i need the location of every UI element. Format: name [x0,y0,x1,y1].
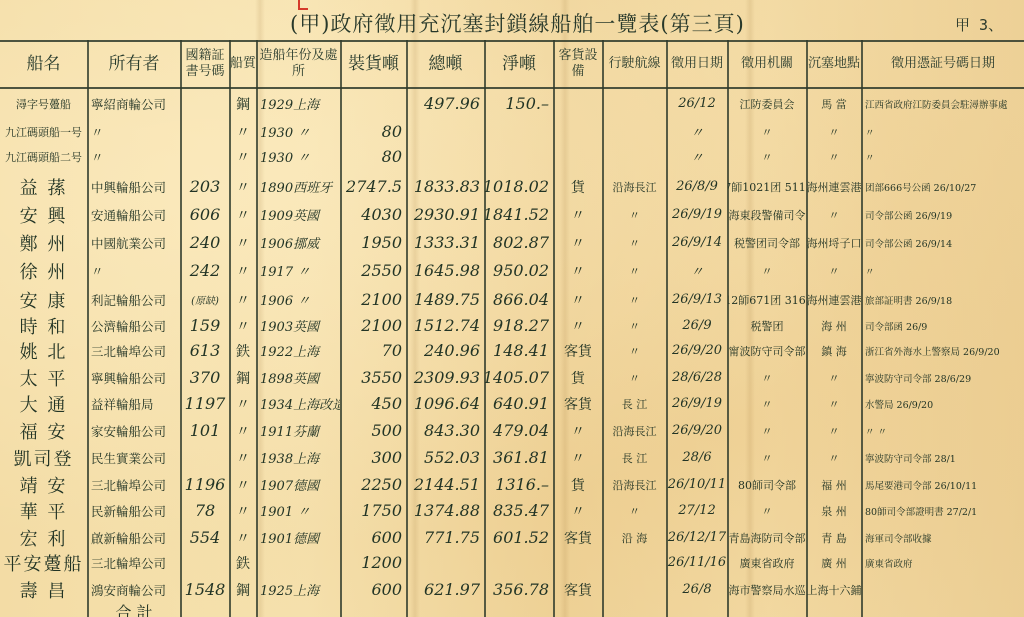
header-req-date: 徵用日期 [667,42,727,86]
cell-facility: 〃 [554,288,602,311]
total-label: 合 計 [88,600,180,617]
cell-hull: 〃 [230,120,256,143]
cell-owner: 〃 [88,145,180,168]
cell-sink-site: 廣 州 [807,551,861,574]
cell-hull: 〃 [230,499,256,522]
cell-req-date: 〃 [667,259,727,282]
cell-owner: 益祥輪船局 [88,392,180,415]
table-row: 安 康利記輪船公司(原缺)〃1906 〃21001489.75866.04〃〃2… [0,288,1024,311]
cell-hull: 鋼 [230,92,256,115]
cell-gross-tons: 240.96 [407,339,484,362]
cell-req-date: 26/9/20 [667,419,727,442]
cell-registry-no: 78 [181,499,229,522]
cell-voucher: 馬尾要港司令部 26/10/11 [862,473,1024,496]
cell-registry-no: 370 [181,366,229,389]
cell-cargo-tons: 600 [341,526,406,549]
cell-hull: 〃 [230,259,256,282]
cell-ship-name: 姚 北 [0,339,87,362]
cell-gross-tons: 1512.74 [407,314,484,337]
cell-req-agency: 隴海東段警備司令部 [728,203,806,226]
cell-ship-name: 潯字号躉船 [0,92,87,115]
cell-owner: 家安輪船公司 [88,419,180,442]
cell-cargo-tons: 300 [341,446,406,469]
cell-facility: 客貨 [554,339,602,362]
cell-registry-no: 606 [181,203,229,226]
cell-gross-tons [407,551,484,574]
cell-hull: 鋼 [230,366,256,389]
cell-req-agency: 上海市警察局水巡隊 [728,578,806,601]
cell-net-tons: 802.87 [485,231,553,254]
cell-registry-no [181,551,229,574]
cell-cargo-tons: 1750 [341,499,406,522]
cell-net-tons: 1316.– [485,473,553,496]
cell-owner: 鴻安商輪公司 [88,578,180,601]
cell-registry-no [181,120,229,143]
cell-owner: 三北輪埠公司 [88,551,180,574]
cell-route [603,578,666,601]
cell-sink-site: 海州埒子口 [807,231,861,254]
cell-sink-site: 青 島 [807,526,861,549]
cell-net-tons [485,145,553,168]
cell-sink-site: 鎮 海 [807,339,861,362]
cell-gross-tons: 1374.88 [407,499,484,522]
table-row: 徐 州〃242〃1917 〃25501645.98950.02〃〃〃〃〃〃 [0,259,1024,282]
page-mark: 甲 3、 [955,14,1003,35]
cell-gross-tons: 1096.64 [407,392,484,415]
cell-net-tons: 150.– [485,92,553,115]
cell-built: 1907德國 [257,473,340,496]
cell-cargo-tons: 2550 [341,259,406,282]
cell-built: 1934上海改造 [257,392,340,415]
cell-gross-tons [407,145,484,168]
cell-gross-tons: 1333.31 [407,231,484,254]
cell-registry-no [181,92,229,115]
table-row: 時 和公濟輪船公司159〃1903英國21001512.74918.27〃〃26… [0,314,1024,337]
cell-owner: 寧紹商輪公司 [88,92,180,115]
cell-facility: 客貨 [554,392,602,415]
cell-facility [554,92,602,115]
cell-sink-site: 〃 [807,259,861,282]
cell-req-date: 26/9/19 [667,203,727,226]
cell-hull: 鉄 [230,551,256,574]
cell-req-agency: 青島海防司令部 [728,526,806,549]
cell-built: 1917 〃 [257,259,340,282]
cell-built: 1906 〃 [257,288,340,311]
table-row: 華 平民新輪船公司78〃1901 〃17501374.88835.47〃〃27/… [0,499,1024,522]
cell-ship-name: 大 通 [0,392,87,415]
cell-req-date: 26/9 [667,314,727,337]
cell-facility: 客貨 [554,578,602,601]
cell-sink-site: 〃 [807,203,861,226]
header-facility: 客貨設備 [554,42,602,86]
cell-req-agency: 〃 [728,145,806,168]
cell-owner: 三北輪埠公司 [88,473,180,496]
header-cargo-tons: 裝貨噸 [341,42,406,86]
cell-voucher: 司令部公函 26/9/14 [862,231,1024,254]
table-row: 凱司登民生實業公司〃1938上海300552.03361.81〃長 江28/6〃… [0,446,1024,469]
cell-req-agency: 〃 [728,419,806,442]
cell-voucher [862,578,1024,601]
header-built: 造船年份及處所 [257,42,340,86]
header-bottom-rule [0,87,1024,89]
cell-ship-name: 福 安 [0,419,87,442]
document-title: (甲)政府徵用充沉塞封鎖線船舶一覽表(第三頁) [290,8,745,38]
cell-hull: 〃 [230,446,256,469]
cell-ship-name: 時 和 [0,314,87,337]
cell-req-agency: 〃 [728,366,806,389]
cell-built: 1929上海 [257,92,340,115]
table-row: 九江碼頭船一号〃〃1930 〃80〃〃〃〃 [0,120,1024,143]
cell-net-tons: 866.04 [485,288,553,311]
cell-owner: 公濟輪船公司 [88,314,180,337]
cell-req-date: 26/11/16 [667,551,727,574]
cell-owner: 啟新輪船公司 [88,526,180,549]
cell-route: 沿 海 [603,526,666,549]
header-owner: 所有者 [88,42,180,86]
cell-net-tons: 148.41 [485,339,553,362]
cell-facility: 貨 [554,366,602,389]
cell-hull: 鉄 [230,339,256,362]
cell-route: 〃 [603,203,666,226]
cell-registry-no: 1548 [181,578,229,601]
cell-built: 1930 〃 [257,120,340,143]
cell-cargo-tons: 2100 [341,314,406,337]
cell-req-date: 26/10/11 [667,473,727,496]
cell-voucher: 旅部証明書 26/9/18 [862,288,1024,311]
cell-ship-name: 凱司登 [0,446,87,469]
cell-hull: 〃 [230,526,256,549]
cell-sink-site: 福 州 [807,473,861,496]
cell-built: 1898英國 [257,366,340,389]
cell-voucher: 团部666号公函 26/10/27 [862,175,1024,198]
cell-req-agency: 〃 [728,259,806,282]
table-row: 平安躉船三北輪埠公司鉄120026/11/16廣東省政府廣 州廣東省政府 [0,551,1024,574]
cell-facility: 〃 [554,231,602,254]
cell-facility: 〃 [554,203,602,226]
cell-net-tons: 479.04 [485,419,553,442]
cell-req-date: 26/9/13 [667,288,727,311]
cell-registry-no: 242 [181,259,229,282]
table-row: 壽 昌鴻安商輪公司1548鋼1925上海600621.97356.78客貨26/… [0,578,1024,601]
cell-route: 〃 [603,314,666,337]
cell-hull: 〃 [230,288,256,311]
cell-req-date: 26/12 [667,92,727,115]
cell-owner: 〃 [88,120,180,143]
cell-req-date: 26/9/14 [667,231,727,254]
cell-cargo-tons [341,92,406,115]
cell-sink-site: 〃 [807,392,861,415]
cell-gross-tons: 2309.93 [407,366,484,389]
cell-sink-site: 馬 當 [807,92,861,115]
cell-registry-no: 159 [181,314,229,337]
cell-route: 〃 [603,231,666,254]
cell-cargo-tons: 2250 [341,473,406,496]
cell-owner: 中興輪船公司 [88,175,180,198]
cell-voucher: 〃 [862,120,1024,143]
cell-route: 〃 [603,499,666,522]
cell-route: 沿海長江 [603,473,666,496]
cell-ship-name: 安 興 [0,203,87,226]
header-req-agency: 徵用机關 [728,42,806,86]
cell-gross-tons: 843.30 [407,419,484,442]
cell-ship-name: 太 平 [0,366,87,389]
cell-owner: 寧興輪船公司 [88,366,180,389]
cell-net-tons: 601.52 [485,526,553,549]
cell-hull: 〃 [230,473,256,496]
header-net-tons: 淨噸 [485,42,553,86]
cell-gross-tons: 2144.51 [407,473,484,496]
cell-req-agency: 80師司令部 [728,473,806,496]
cell-gross-tons: 2930.91 [407,203,484,226]
cell-built: 1911芬蘭 [257,419,340,442]
cell-cargo-tons: 80 [341,145,406,168]
cell-ship-name: 安 康 [0,288,87,311]
cell-hull: 〃 [230,392,256,415]
total-row: 合 計 [0,600,1024,617]
cell-voucher: 80師司令部證明書 27/2/1 [862,499,1024,522]
cell-owner: 三北輪埠公司 [88,339,180,362]
header-gross-tons: 總噸 [407,42,484,86]
cell-hull: 〃 [230,145,256,168]
cell-built: 1925上海 [257,578,340,601]
cell-built [257,551,340,574]
cell-gross-tons [407,120,484,143]
cell-route [603,120,666,143]
table-row: 姚 北三北輪埠公司613鉄1922上海70240.96148.41客貨〃26/9… [0,339,1024,362]
cell-built: 1903英國 [257,314,340,337]
cell-built: 1909英國 [257,203,340,226]
cell-built: 1901 〃 [257,499,340,522]
header-voucher: 徵用憑証号碼日期 [862,42,1024,86]
cell-cargo-tons: 1200 [341,551,406,574]
table-row: 鄭 州中國航業公司240〃1906挪威19501333.31802.87〃〃26… [0,231,1024,254]
cell-req-date: 〃 [667,145,727,168]
header-route: 行駛航線 [603,42,666,86]
cell-hull: 〃 [230,203,256,226]
cell-voucher: 海軍司令部收據 [862,526,1024,549]
table-row: 福 安家安輪船公司101〃1911芬蘭500843.30479.04〃沿海長江2… [0,419,1024,442]
cell-owner: 利記輪船公司 [88,288,180,311]
cell-registry-no [181,446,229,469]
cell-ship-name: 壽 昌 [0,578,87,601]
cell-ship-name: 徐 州 [0,259,87,282]
cell-voucher: 江西省政府江防委員会駐潯辦事處 [862,92,1024,115]
cell-route [603,92,666,115]
cell-gross-tons: 1833.83 [407,175,484,198]
cell-facility: 貨 [554,175,602,198]
cell-registry-no [181,145,229,168]
cell-facility [554,145,602,168]
cell-sink-site: 〃 [807,145,861,168]
cell-route: 沿海長江 [603,175,666,198]
cell-net-tons [485,551,553,574]
cell-voucher: 〃 [862,259,1024,282]
cell-voucher: 司令部函 26/9 [862,314,1024,337]
cell-cargo-tons: 4030 [341,203,406,226]
cell-req-agency: 〃 [728,446,806,469]
cell-registry-no: 1197 [181,392,229,415]
cell-net-tons: 361.81 [485,446,553,469]
table-row: 潯字号躉船寧紹商輪公司鋼1929上海497.96150.–26/12江防委員会馬… [0,92,1024,115]
cell-sink-site: 〃 [807,120,861,143]
cell-req-date: 28/6/28 [667,366,727,389]
cell-cargo-tons: 450 [341,392,406,415]
cell-cargo-tons: 80 [341,120,406,143]
cell-req-date: 26/12/17 [667,526,727,549]
cell-sink-site: 海州連雲港 [807,288,861,311]
cell-registry-no: 554 [181,526,229,549]
cell-net-tons: 356.78 [485,578,553,601]
cell-registry-no: (原缺) [181,288,229,311]
cell-voucher: 〃 [862,145,1024,168]
cell-built: 1922上海 [257,339,340,362]
cell-cargo-tons: 1950 [341,231,406,254]
cell-gross-tons: 1645.98 [407,259,484,282]
table-row: 九江碼頭船二号〃〃1930 〃80〃〃〃〃 [0,145,1024,168]
cell-ship-name: 益 蓀 [0,175,87,198]
cell-cargo-tons: 600 [341,578,406,601]
cell-route: 長 江 [603,446,666,469]
cell-hull: 鋼 [230,578,256,601]
cell-req-agency: 〃 [728,120,806,143]
cell-built: 1938上海 [257,446,340,469]
cell-voucher: 寧波防守司令部 28/6/29 [862,366,1024,389]
cell-sink-site: 海 州 [807,314,861,337]
cell-built: 1890西班牙 [257,175,340,198]
header-ship-name: 船名 [0,42,87,86]
cell-voucher: 廣東省政府 [862,551,1024,574]
table-row: 大 通益祥輪船局1197〃1934上海改造4501096.64640.91客貨長… [0,392,1024,415]
cell-req-agency: 112師671团 316旅 [728,288,806,311]
cell-req-agency: 廣東省政府 [728,551,806,574]
cell-req-date: 26/8 [667,578,727,601]
cell-req-agency: 江防委員会 [728,92,806,115]
cell-registry-no: 203 [181,175,229,198]
cell-registry-no: 613 [181,339,229,362]
cell-route: 沿海長江 [603,419,666,442]
cell-req-agency: 〃 [728,392,806,415]
cell-ship-name: 平安躉船 [0,551,87,574]
table-row: 靖 安三北輪埠公司1196〃1907德國22502144.511316.–貨沿海… [0,473,1024,496]
cell-facility: 客貨 [554,526,602,549]
cell-facility [554,551,602,574]
cell-ship-name: 靖 安 [0,473,87,496]
cell-route: 〃 [603,288,666,311]
cell-route: 長 江 [603,392,666,415]
cell-ship-name: 九江碼頭船一号 [0,120,87,143]
cell-voucher: 司令部公函 26/9/19 [862,203,1024,226]
cell-req-date: 27/12 [667,499,727,522]
cell-facility: 〃 [554,446,602,469]
cell-net-tons: 640.91 [485,392,553,415]
cell-built: 1901德國 [257,526,340,549]
cell-owner: 民生實業公司 [88,446,180,469]
cell-registry-no: 1196 [181,473,229,496]
cell-facility: 〃 [554,499,602,522]
cell-sink-site: 上海十六鋪 [807,578,861,601]
cell-req-date: 〃 [667,120,727,143]
cell-built: 1930 〃 [257,145,340,168]
header-sink-site: 沉塞地點 [807,42,861,86]
cell-req-agency: 甯波防守司令部 [728,339,806,362]
table-row: 宏 利啟新輪船公司554〃1901德國600771.75601.52客貨沿 海2… [0,526,1024,549]
cell-owner: 〃 [88,259,180,282]
cell-cargo-tons: 3550 [341,366,406,389]
cell-owner: 民新輪船公司 [88,499,180,522]
cell-facility: 〃 [554,259,602,282]
cell-ship-name: 鄭 州 [0,231,87,254]
cell-gross-tons: 497.96 [407,92,484,115]
cell-gross-tons: 771.75 [407,526,484,549]
cell-req-agency: 57師1021团 511旅 [728,175,806,198]
cell-req-agency: 〃 [728,499,806,522]
cell-route: 〃 [603,339,666,362]
cell-sink-site: 泉 州 [807,499,861,522]
cell-voucher: 寧波防守司令部 28/1 [862,446,1024,469]
cell-ship-name: 宏 利 [0,526,87,549]
cell-facility [554,120,602,143]
table-row: 太 平寧興輪船公司370鋼1898英國35502309.931405.07貨〃2… [0,366,1024,389]
header-hull: 船質 [230,42,256,86]
cell-hull: 〃 [230,175,256,198]
cell-route [603,145,666,168]
cell-facility: 〃 [554,314,602,337]
cell-net-tons: 950.02 [485,259,553,282]
cell-voucher: 〃 〃 [862,419,1024,442]
cell-sink-site: 〃 [807,366,861,389]
cell-registry-no: 101 [181,419,229,442]
table-row: 益 蓀中興輪船公司203〃1890西班牙2747.51833.831018.02… [0,175,1024,198]
cell-gross-tons: 552.03 [407,446,484,469]
cell-req-date: 26/9/19 [667,392,727,415]
cell-cargo-tons: 70 [341,339,406,362]
cell-net-tons [485,120,553,143]
cell-voucher: 浙江省外海水上警察局 26/9/20 [862,339,1024,362]
cell-hull: 〃 [230,231,256,254]
cell-route [603,551,666,574]
cell-owner: 安通輪船公司 [88,203,180,226]
cell-facility: 〃 [554,419,602,442]
table-row: 安 興安通輪船公司606〃1909英國40302930.911841.52〃〃2… [0,203,1024,226]
cell-req-date: 26/8/9 [667,175,727,198]
header-registry-no: 國籍証書号碼 [181,42,229,86]
cell-route: 〃 [603,259,666,282]
cell-ship-name: 九江碼頭船二号 [0,145,87,168]
cell-hull: 〃 [230,314,256,337]
cell-net-tons: 1018.02 [485,175,553,198]
cell-registry-no: 240 [181,231,229,254]
cell-gross-tons: 621.97 [407,578,484,601]
cell-owner: 中國航業公司 [88,231,180,254]
cell-net-tons: 835.47 [485,499,553,522]
cell-req-agency: 税警团 [728,314,806,337]
cell-facility: 貨 [554,473,602,496]
cell-sink-site: 海州連雲港 [807,175,861,198]
cell-net-tons: 918.27 [485,314,553,337]
cell-req-date: 26/9/20 [667,339,727,362]
cell-net-tons: 1405.07 [485,366,553,389]
cell-sink-site: 〃 [807,446,861,469]
cell-net-tons: 1841.52 [485,203,553,226]
cell-cargo-tons: 2747.5 [341,175,406,198]
cell-req-agency: 税警团司令部 [728,231,806,254]
cell-built: 1906挪威 [257,231,340,254]
cell-gross-tons: 1489.75 [407,288,484,311]
cell-req-date: 28/6 [667,446,727,469]
cell-voucher: 水警局 26/9/20 [862,392,1024,415]
cell-cargo-tons: 500 [341,419,406,442]
cell-hull: 〃 [230,419,256,442]
